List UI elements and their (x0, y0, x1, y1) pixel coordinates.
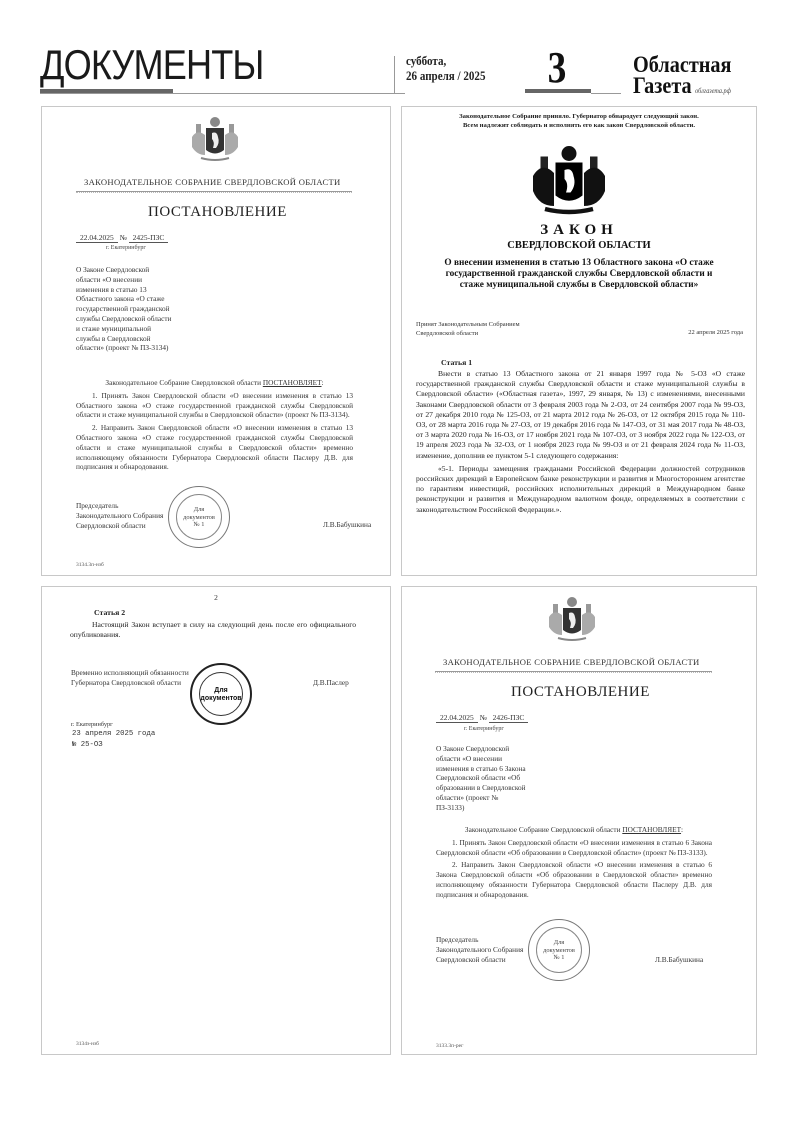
law-region: СВЕРДЛОВСКОЙ ОБЛАСТИ (402, 240, 756, 251)
signer-title-line: Законодательного Собрания (436, 945, 523, 955)
resolves-lead: Законодательное Собрание Свердловской об… (105, 378, 262, 387)
brand-line-1: Областная (633, 54, 732, 75)
resolution-item: 1. Принять Закон Свердловской области «О… (76, 391, 353, 420)
registration-line: 22.04.2025 № 2426-ПЗС (436, 713, 528, 722)
subject: О Законе Свердловской области «О внесени… (76, 265, 172, 353)
signer-title-line: Председатель (436, 935, 523, 945)
resolves-word: ПОСТАНОВЛЯЕТ (263, 378, 322, 387)
issue-date: суббота, 26 апреля / 2025 (406, 53, 485, 83)
signer-title: Председатель Законодательного Собрания С… (76, 501, 163, 530)
reg-date: 22.04.2025 (76, 233, 118, 243)
article-paragraph: Настоящий Закон вступает в силу на следу… (70, 620, 356, 640)
article-1-heading: Статья 1 (441, 358, 472, 367)
article-paragraph: Внести в статью 13 Областного закона от … (416, 369, 745, 461)
signer-title-line: Свердловской области (76, 521, 163, 531)
coat-of-arms-icon (524, 143, 614, 215)
law-page-2-panel: 2 Статья 2 Настоящий Закон вступает в си… (41, 586, 391, 1055)
signer-title: Временно исполняющий обязанности Губерна… (71, 668, 189, 688)
reg-no-label: № (120, 233, 127, 242)
law-title: ЗАКОН (402, 222, 756, 239)
signer-title-line: Губернатора Свердловской области (71, 678, 189, 688)
footer-code: 3134з-нзб (76, 1041, 99, 1047)
resolution-item: 2. Направить Закон Свердловской области … (436, 860, 712, 899)
law-subject: О внесении изменения в статью 13 Областн… (402, 258, 756, 291)
resolution-item: 1. Принять Закон Свердловской области «О… (436, 838, 712, 858)
resolution-2426-panel: ЗАКОНОДАТЕЛЬНОЕ СОБРАНИЕ СВЕРДЛОВСКОЙ ОБ… (401, 586, 757, 1055)
preamble-line: Всем надлежит соблюдать и исполнять его … (402, 122, 756, 131)
masthead-divider (394, 56, 395, 94)
reg-no-label: № (480, 713, 487, 722)
resolution-body: Законодательное Собрание Свердловской об… (436, 825, 712, 903)
adopted-date: 22 апреля 2025 года (688, 329, 743, 336)
adopted-by: Принят Законодательным СобраниемСвердлов… (416, 321, 520, 338)
resolution-body: Законодательное Собрание Свердловской об… (76, 378, 353, 475)
stamp-text: Длядокументов (192, 687, 250, 702)
law-page-1-panel: Законодательное Собрание приняло. Губерн… (401, 106, 757, 576)
page-number: 3 (548, 46, 567, 90)
resolves-word: ПОСТАНОВЛЯЕТ (622, 825, 681, 834)
reg-date: 22.04.2025 (436, 713, 478, 723)
signer-name: Л.В.Бабушкина (655, 955, 703, 964)
footer-code: 3134.3п-нзб (76, 562, 104, 568)
stamp-text: Длядокументов№ 1 (529, 939, 589, 962)
page-number-underline (525, 89, 591, 93)
issue-date-text: 26 апреля / 2025 (406, 68, 485, 83)
resolution-item: 2. Направить Закон Свердловской области … (76, 423, 353, 472)
doc-kind: ПОСТАНОВЛЕНИЕ (511, 684, 650, 701)
signed-date: 23 апреля 2025 года (72, 729, 155, 739)
law-preamble: Законодательное Собрание приняло. Губерн… (402, 113, 756, 130)
city: г. Екатеринбург (464, 726, 504, 732)
signer-title-line: Временно исполняющий обязанности (71, 668, 189, 678)
signer-name: Д.В.Паслер (313, 678, 349, 687)
masthead-rule (40, 93, 405, 94)
article-1-body: Внести в статью 13 Областного закона от … (416, 369, 745, 518)
signer-name: Л.В.Бабушкина (323, 520, 371, 529)
org-name: ЗАКОНОДАТЕЛЬНОЕ СОБРАНИЕ СВЕРДЛОВСКОЙ ОБ… (84, 177, 341, 187)
section-title: ДОКУМЕНТЫ (40, 44, 264, 86)
org-name: ЗАКОНОДАТЕЛЬНОЕ СОБРАНИЕ СВЕРДЛОВСКОЙ ОБ… (443, 657, 700, 667)
signer-title-line: Председатель (76, 501, 163, 511)
footer-code: 3133.3п-рег (436, 1043, 463, 1049)
doc-kind: ПОСТАНОВЛЕНИЕ (148, 204, 287, 221)
official-stamp: Длядокументов№ 1 (168, 486, 230, 548)
resolves-lead: Законодательное Собрание Свердловской об… (465, 825, 622, 834)
subject: О Законе Свердловской области «О внесени… (436, 744, 526, 813)
reg-number: 2425-ПЗС (129, 233, 169, 243)
article-paragraph: «5-1. Периоды замещения гражданами Росси… (416, 464, 745, 515)
stamp-text: Длядокументов№ 1 (169, 506, 229, 529)
official-stamp: Длядокументов№ 1 (528, 919, 590, 981)
article-2-body: Настоящий Закон вступает в силу на следу… (70, 620, 356, 643)
article-2-heading: Статья 2 (94, 608, 125, 617)
page-number-rule (591, 93, 621, 94)
page-mark: 2 (42, 593, 390, 602)
signer-title-line: Законодательного Собрания (76, 511, 163, 521)
newspaper-logo[interactable]: Областная Газетаоблгазета.рф (633, 54, 732, 102)
coat-of-arms-icon (546, 595, 598, 643)
resolution-2425-panel: ЗАКОНОДАТЕЛЬНОЕ СОБРАНИЕ СВЕРДЛОВСКОЙ ОБ… (41, 106, 391, 576)
reg-number: 2426-ПЗС (489, 713, 529, 723)
brand-line-2: Газета (633, 73, 692, 98)
org-rule (435, 671, 712, 673)
signer-title: Председатель Законодательного Собрания С… (436, 935, 523, 964)
registration-line: 22.04.2025 № 2425-ПЗС (76, 233, 168, 242)
masthead: ДОКУМЕНТЫ суббота, 26 апреля / 2025 3 Об… (0, 0, 800, 100)
brand-site[interactable]: облгазета.рф (695, 87, 731, 95)
governor-stamp: Длядокументов (190, 663, 252, 725)
signer-title-line: Свердловской области (436, 955, 523, 965)
issue-weekday: суббота, (406, 53, 485, 68)
city: г. Екатеринбург (106, 245, 146, 251)
org-rule (76, 191, 352, 193)
law-number: № 25-ОЗ (72, 740, 103, 750)
preamble-line: Законодательное Собрание приняло. Губерн… (402, 113, 756, 122)
coat-of-arms-icon (189, 115, 241, 163)
